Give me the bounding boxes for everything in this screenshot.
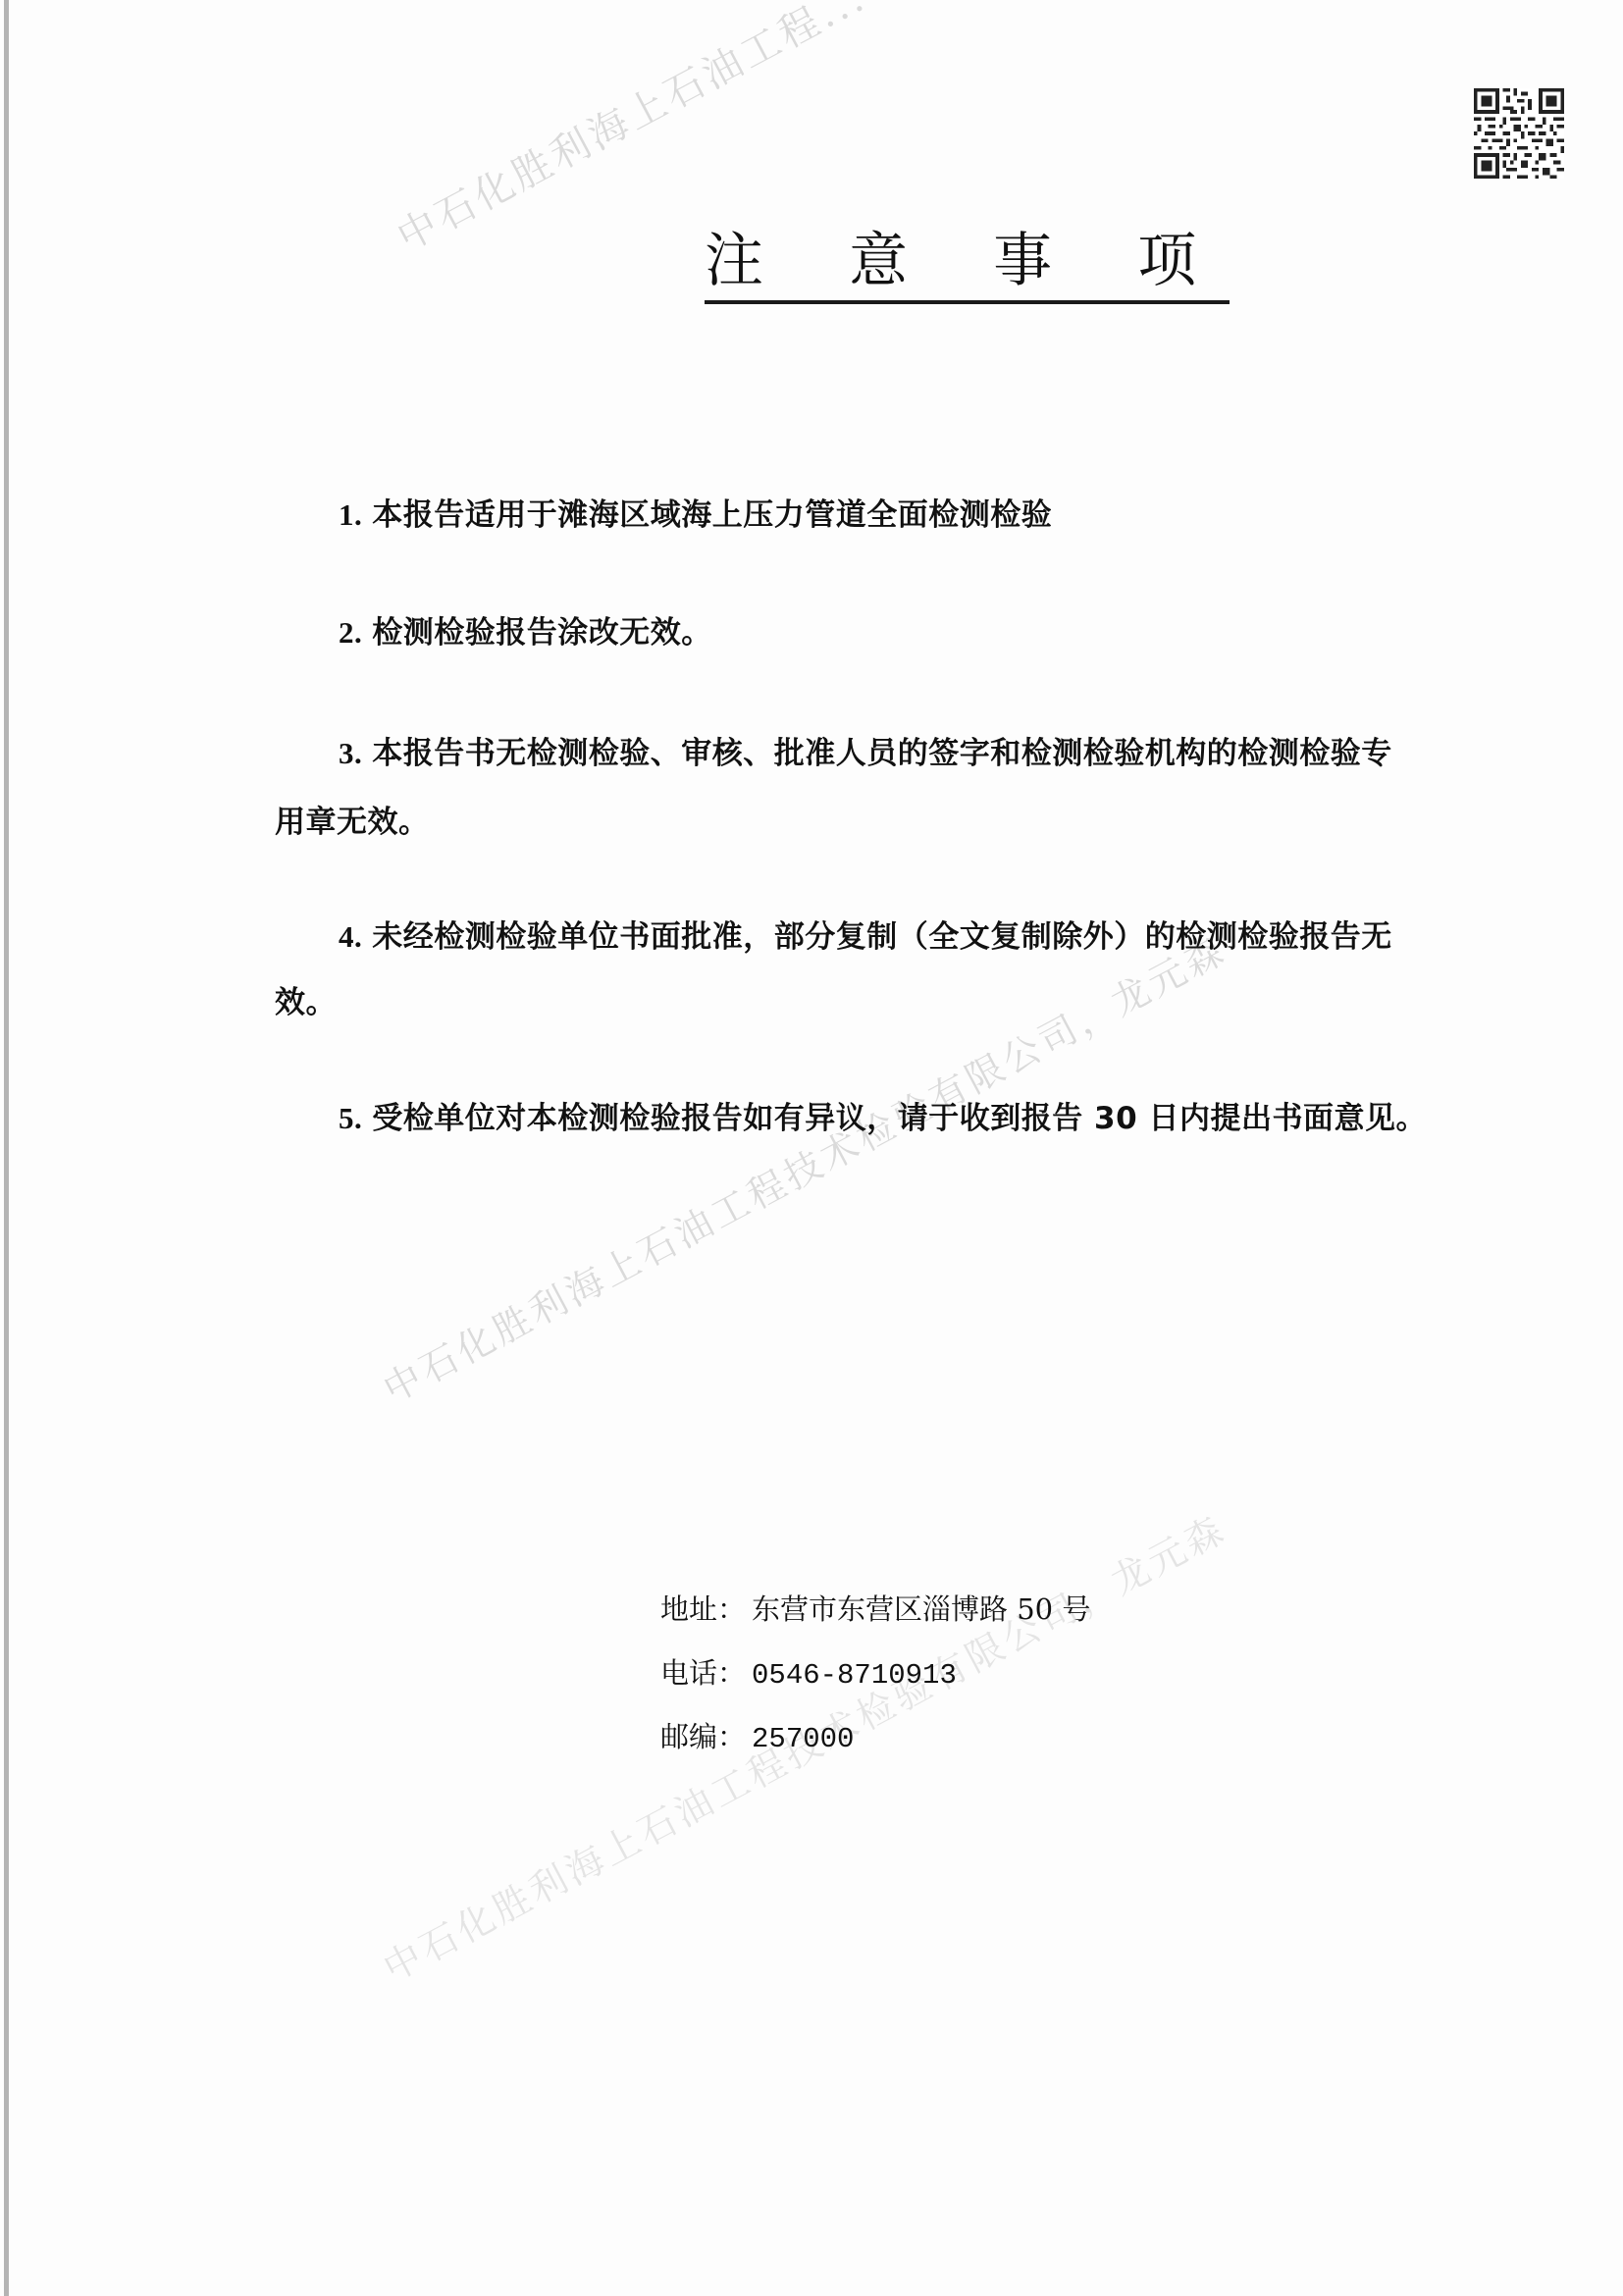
notice-item-3: 3.本报告书无检测检验、审核、批准人员的签字和检测检验机构的检测检验专 (339, 734, 1392, 773)
item-text: 受检单位对本检测检验报告如有异议，请于收到报告 30 日内提出书面意见。 (372, 1101, 1427, 1136)
item-number: 1. (339, 497, 362, 532)
watermark-text: 中石化胜利海上石油工程技术检验有限公司，龙元森 (372, 920, 1234, 1413)
postcode-label: 邮编： (660, 1720, 746, 1753)
qr-code-icon (1474, 88, 1564, 179)
address-value: 东营市东营区淄博路 50 号 (752, 1592, 1090, 1626)
notice-item-1: 1.本报告适用于滩海区域海上压力管道全面检测检验 (339, 496, 1052, 535)
item-text: 未经检测检验单位书面批准，部分复制（全文复制除外）的检测检验报告无 (372, 919, 1392, 955)
notice-item-3-continuation: 用章无效。 (275, 803, 430, 842)
item-number: 2. (339, 615, 362, 650)
address-label: 地址： (660, 1592, 746, 1626)
notice-item-5: 5.受检单位对本检测检验报告如有异议，请于收到报告 30 日内提出书面意见。 (339, 1099, 1427, 1138)
item-text: 本报告书无检测检验、审核、批准人员的签字和检测检验机构的检测检验专 (372, 736, 1392, 771)
watermark-text: 中石化胜利海上石油工程... (386, 0, 874, 262)
item-text: 检测检验报告涂改无效。 (372, 615, 712, 651)
notice-item-4-continuation: 效。 (275, 983, 337, 1022)
phone-label: 电话： (660, 1656, 746, 1690)
item-number: 4. (339, 919, 362, 954)
page-title: 注 意 事 项 (705, 224, 1230, 304)
item-number: 3. (339, 736, 362, 770)
address-line: 地址：东营市东营区淄博路 50 号 (660, 1590, 1090, 1629)
item-text: 效。 (275, 985, 337, 1020)
phone-value: 0546-8710913 (752, 1659, 957, 1692)
notice-item-4: 4.未经检测检验单位书面批准，部分复制（全文复制除外）的检测检验报告无 (339, 917, 1392, 957)
notice-item-2: 2.检测检验报告涂改无效。 (339, 613, 712, 652)
item-text: 本报告适用于滩海区域海上压力管道全面检测检验 (372, 497, 1052, 533)
phone-line: 电话：0546-8710913 (660, 1653, 957, 1696)
postcode-line: 邮编：257000 (660, 1717, 854, 1759)
item-text: 用章无效。 (275, 805, 430, 840)
item-number: 5. (339, 1101, 362, 1135)
scan-edge-line (4, 0, 9, 2296)
postcode-value: 257000 (752, 1723, 854, 1755)
